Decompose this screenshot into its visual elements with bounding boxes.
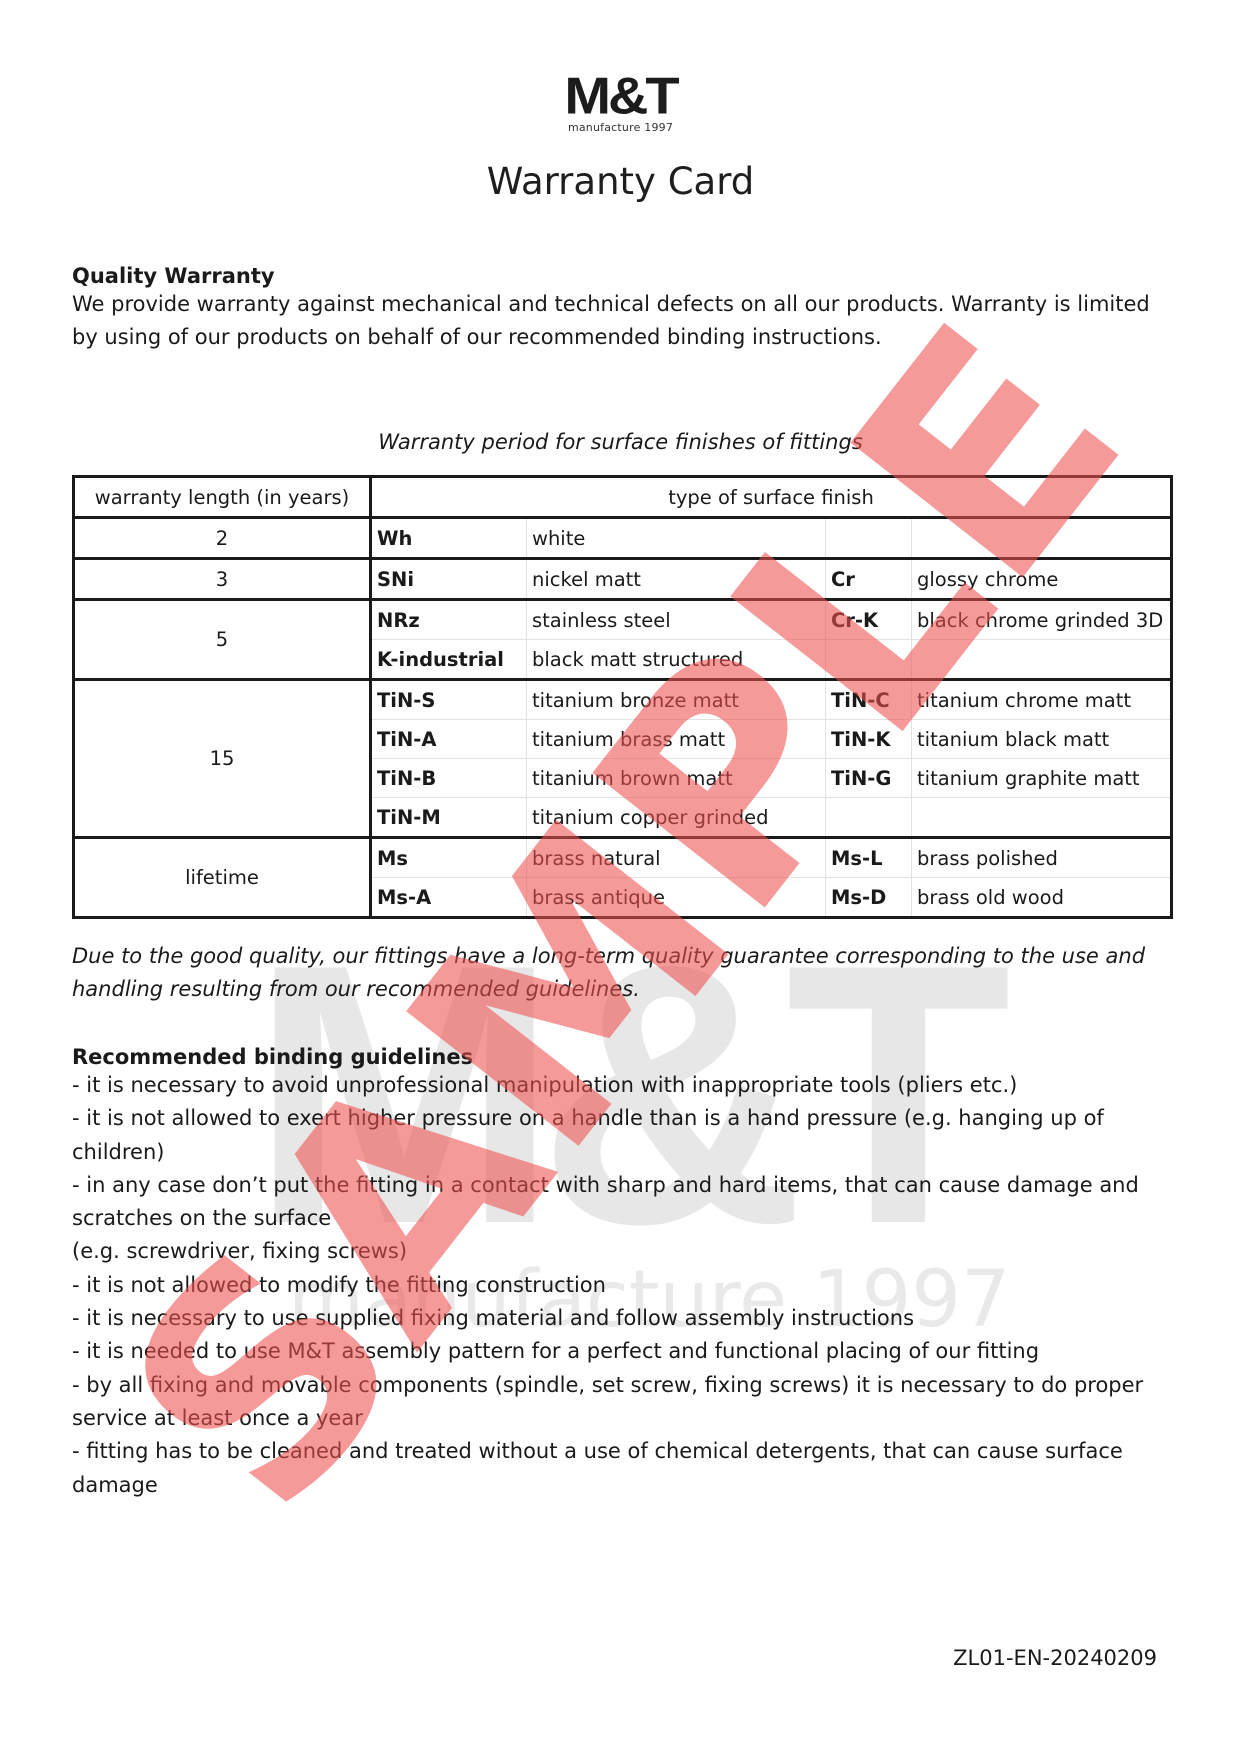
finish-description: titanium bronze matt <box>527 680 826 720</box>
finish-code: Wh <box>371 518 527 559</box>
finish-code: Cr <box>826 559 912 600</box>
guideline-item: - in any case don’t put the fitting in a… <box>72 1169 1182 1236</box>
finish-description: nickel matt <box>527 559 826 600</box>
finish-description: brass natural <box>527 838 826 878</box>
warranty-length-cell: 15 <box>74 680 371 838</box>
table-row: 2Whwhite <box>74 518 1172 559</box>
guideline-item: - it is not allowed to exert higher pres… <box>72 1102 1182 1169</box>
finish-description: brass old wood <box>912 878 1172 918</box>
quality-note: Due to the good quality, our fittings ha… <box>72 940 1182 1006</box>
finish-description: titanium copper grinded <box>527 798 826 838</box>
finish-code: TiN-M <box>371 798 527 838</box>
page-title: Warranty Card <box>0 160 1241 203</box>
warranty-length-cell: 5 <box>74 600 371 680</box>
finish-description: titanium black matt <box>912 720 1172 759</box>
finish-description <box>912 518 1172 559</box>
guideline-item: - it is necessary to use supplied fixing… <box>72 1302 1182 1335</box>
guideline-item: - it is needed to use M&T assembly patte… <box>72 1335 1182 1368</box>
finish-code: TiN-C <box>826 680 912 720</box>
finish-description: glossy chrome <box>912 559 1172 600</box>
finish-code: Ms-A <box>371 878 527 918</box>
guideline-item: - it is not allowed to modify the fittin… <box>72 1269 1182 1302</box>
warranty-length-cell: 3 <box>74 559 371 600</box>
warranty-table: warranty length (in years) type of surfa… <box>72 475 1173 919</box>
warranty-length-cell: lifetime <box>74 838 371 918</box>
finish-code: Ms <box>371 838 527 878</box>
finish-description: stainless steel <box>527 600 826 640</box>
finish-code: Cr-K <box>826 600 912 640</box>
finish-code <box>826 798 912 838</box>
finish-description: brass polished <box>912 838 1172 878</box>
guidelines-heading: Recommended binding guidelines <box>72 1045 1182 1069</box>
finish-code: TiN-K <box>826 720 912 759</box>
finish-code: TiN-A <box>371 720 527 759</box>
table-row: 5NRzstainless steelCr-Kblack chrome grin… <box>74 600 1172 640</box>
finish-description <box>912 640 1172 680</box>
guideline-item: (e.g. screwdriver, fixing screws) <box>72 1235 1182 1268</box>
finish-code: TiN-G <box>826 759 912 798</box>
header-warranty-length: warranty length (in years) <box>74 477 371 518</box>
finish-description: black chrome grinded 3D <box>912 600 1172 640</box>
finish-code: Ms-D <box>826 878 912 918</box>
quality-warranty-section: Quality Warranty We provide warranty aga… <box>72 264 1172 354</box>
finish-description: white <box>527 518 826 559</box>
document-code: ZL01-EN-20240209 <box>953 1646 1157 1670</box>
guideline-item: - it is necessary to avoid unprofessiona… <box>72 1069 1182 1102</box>
table-row: 15TiN-Stitanium bronze mattTiN-Ctitanium… <box>74 680 1172 720</box>
finish-code: Ms-L <box>826 838 912 878</box>
table-row: 3SNinickel mattCrglossy chrome <box>74 559 1172 600</box>
table-caption: Warranty period for surface finishes of … <box>0 430 1241 454</box>
finish-description: titanium chrome matt <box>912 680 1172 720</box>
table-header-row: warranty length (in years) type of surfa… <box>74 477 1172 518</box>
quality-warranty-text: We provide warranty against mechanical a… <box>72 288 1172 354</box>
logo-mark: M&T <box>564 72 676 120</box>
finish-code: SNi <box>371 559 527 600</box>
warranty-length-cell: 2 <box>74 518 371 559</box>
guidelines-list: - it is necessary to avoid unprofessiona… <box>72 1069 1182 1502</box>
guidelines-section: Recommended binding guidelines - it is n… <box>72 1045 1182 1502</box>
guideline-item: - fitting has to be cleaned and treated … <box>72 1435 1182 1502</box>
finish-description: titanium graphite matt <box>912 759 1172 798</box>
finish-code: NRz <box>371 600 527 640</box>
finish-code: TiN-B <box>371 759 527 798</box>
quality-warranty-heading: Quality Warranty <box>72 264 1172 288</box>
finish-description: brass antique <box>527 878 826 918</box>
finish-code <box>826 518 912 559</box>
finish-description: titanium brass matt <box>527 720 826 759</box>
finish-description: titanium brown matt <box>527 759 826 798</box>
finish-code: K-industrial <box>371 640 527 680</box>
finish-code <box>826 640 912 680</box>
table-row: lifetimeMsbrass naturalMs-Lbrass polishe… <box>74 838 1172 878</box>
guideline-item: - by all fixing and movable components (… <box>72 1369 1182 1436</box>
header-surface-finish: type of surface finish <box>371 477 1172 518</box>
finish-description <box>912 798 1172 838</box>
finish-description: black matt structured <box>527 640 826 680</box>
finish-code: TiN-S <box>371 680 527 720</box>
brand-logo: M&T manufacture 1997 <box>0 70 1241 134</box>
